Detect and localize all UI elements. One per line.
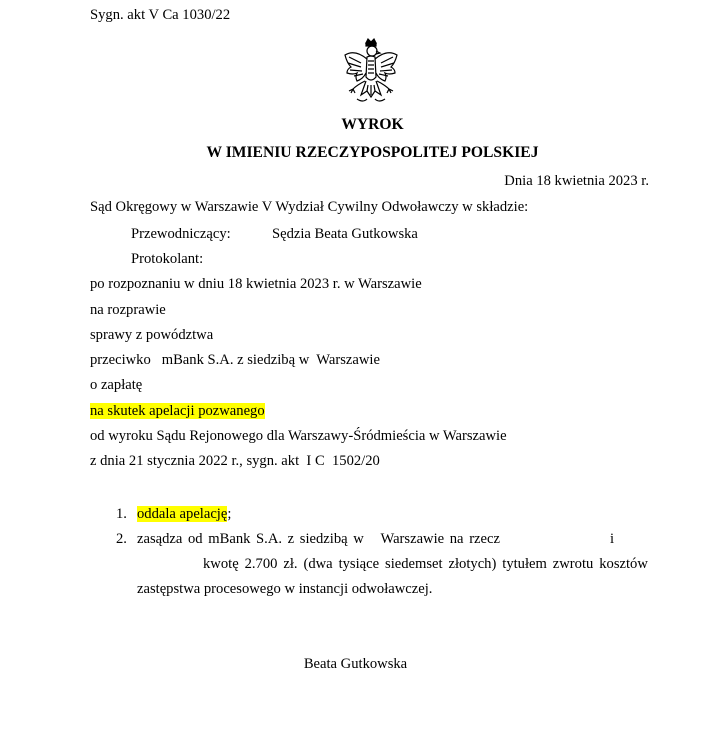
proceedings-line: na rozprawie — [90, 302, 166, 319]
chair-label: Przewodniczący: — [131, 226, 231, 243]
ruling-1: oddala apelację; — [137, 506, 231, 523]
judge-signature: Beata Gutkowska — [0, 656, 711, 673]
highlighted-text: oddala apelację — [137, 506, 227, 522]
ruling-word: złotych) — [449, 556, 497, 573]
highlighted-text: na skutek apelacji pozwanego — [90, 403, 265, 419]
ruling-2-line-3: zastępstwa procesowego w instancji odwoł… — [137, 581, 432, 598]
proceedings-line: po rozpoznaniu w dniu 18 kwietnia 2023 r… — [90, 276, 422, 293]
judgment-date: Dnia 18 kwietnia 2023 r. — [504, 173, 649, 190]
polish-eagle-emblem-icon — [341, 37, 401, 109]
ruling-word: (dwa — [303, 556, 332, 573]
court-composition: Sąd Okręgowy w Warszawie V Wydział Cywil… — [90, 199, 528, 216]
ruling-word: 2.700 — [245, 556, 278, 573]
ruling-2-line-1: zasądza od mBank S.A. z siedzibą w Warsz… — [137, 531, 500, 548]
ruling-word: tysiące — [339, 556, 380, 573]
proceedings-line: przeciwko mBank S.A. z siedzibą w Warsza… — [90, 352, 380, 369]
proceedings-line: o zapłatę — [90, 377, 142, 394]
ruling-word: siedemset — [385, 556, 443, 573]
ruling-number: 1. — [116, 506, 127, 523]
ruling-word: zł. — [283, 556, 297, 573]
case-number: Sygn. akt V Ca 1030/22 — [90, 7, 230, 24]
ruling-word: kwotę — [203, 556, 239, 573]
judgment-subtitle: W IMIENIU RZECZYPOSPOLITEJ POLSKIEJ — [17, 144, 711, 162]
appeal-from-line: z dnia 21 stycznia 2022 r., sygn. akt I … — [90, 453, 380, 470]
ruling-2-line-1-right: i — [610, 531, 614, 548]
ruling-number: 2. — [116, 531, 127, 548]
proceedings-line: sprawy z powództwa — [90, 327, 213, 344]
ruling-word: zwrotu — [553, 556, 594, 573]
ruling-punctuation: ; — [227, 506, 231, 522]
appeal-from-line: od wyroku Sądu Rejonowego dla Warszawy-Ś… — [90, 428, 507, 445]
chair-value: Sędzia Beata Gutkowska — [272, 226, 418, 243]
judgment-title: WYROK — [17, 116, 711, 134]
ruling-word: kosztów — [599, 556, 648, 573]
ruling-word: tytułem — [502, 556, 547, 573]
appeal-line: na skutek apelacji pozwanego — [90, 403, 265, 420]
ruling-2-line-2: kwotę2.700zł.(dwatysiącesiedemsetzłotych… — [203, 556, 648, 573]
clerk-label: Protokolant: — [131, 251, 203, 268]
